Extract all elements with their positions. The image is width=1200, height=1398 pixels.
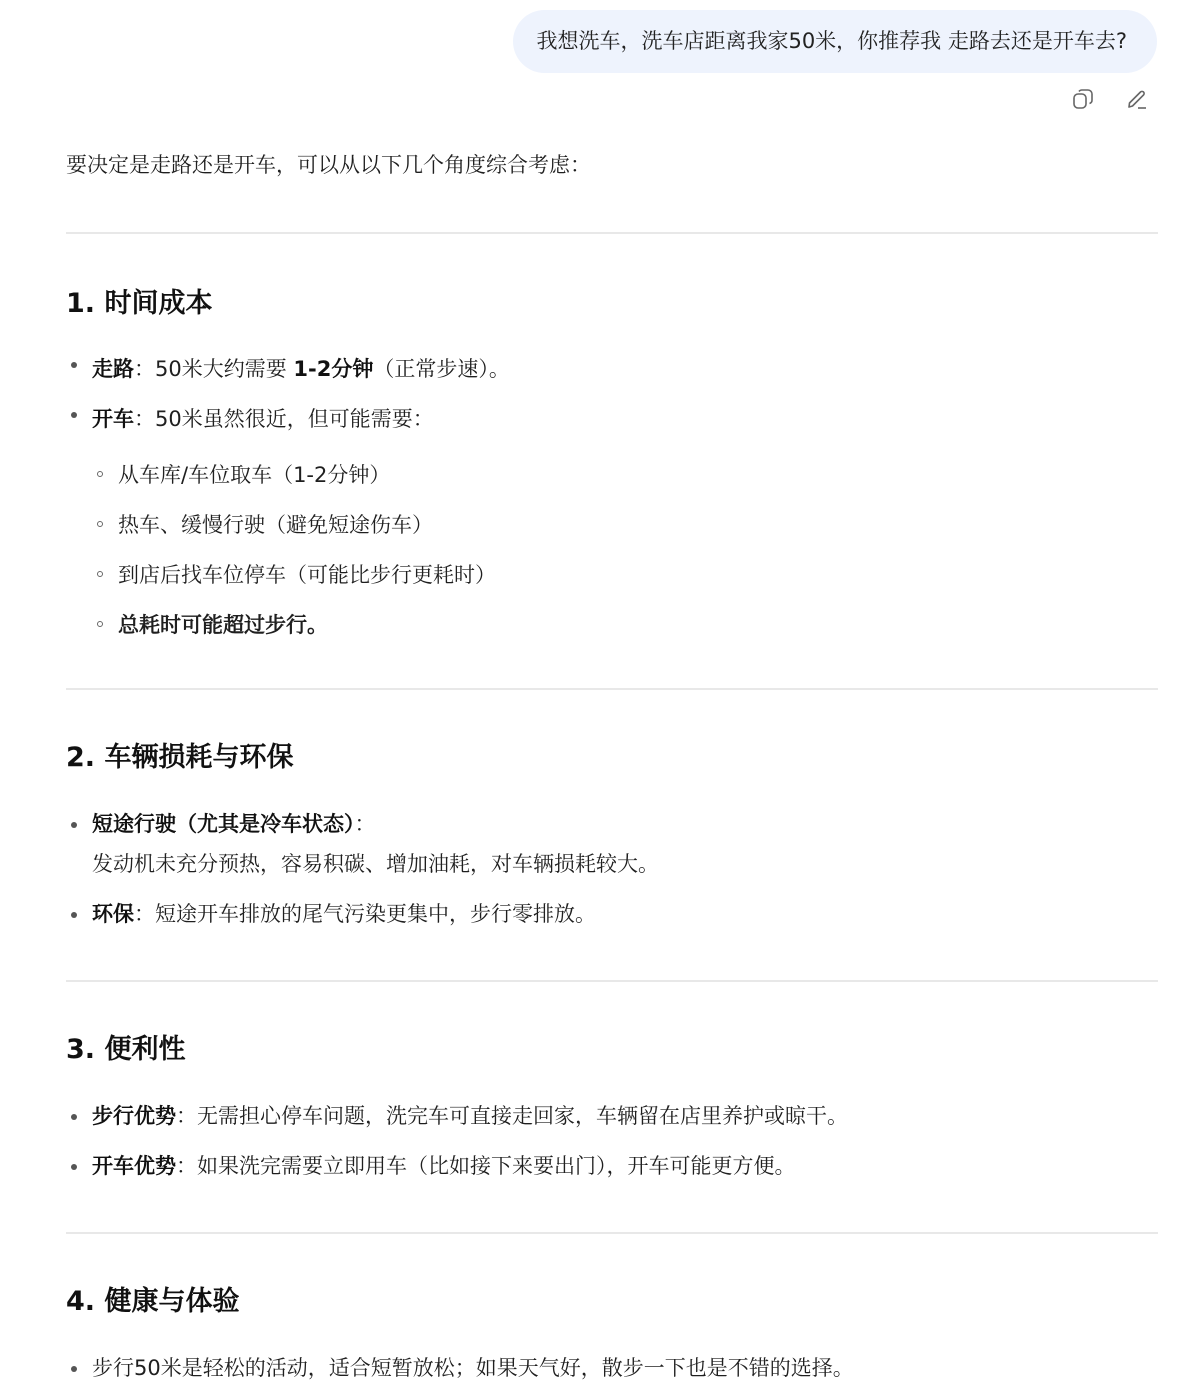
user-message: 我想洗车，洗车店距离我家50米，你推荐我 走路去还是开车去?	[513, 10, 1157, 73]
sub-list: 从车库/车位取车（1-2分钟） 热车、缓慢行驶（避免短途伤车） 到店后找车位停车…	[66, 450, 1158, 650]
sub-list-item: 热车、缓慢行驶（避免短途伤车）	[92, 500, 1158, 550]
section-title: 2. 车辆损耗与环保	[66, 738, 1158, 778]
bullet-list: 短途行驶（尤其是冷车状态）： 发动机未充分预热，容易积碳、增加油耗，对车辆损耗较…	[66, 804, 1158, 934]
bullet-list: 步行优势：无需担心停车问题，洗完车可直接走回家，车辆留在店里养护或晾干。 开车优…	[66, 1096, 1158, 1186]
bullet-list: 走路：50米大约需要 1-2分钟（正常步速）。 开车：50米虽然很近，但可能需要…	[66, 344, 1158, 650]
list-item: 短途行驶（尤其是冷车状态）： 发动机未充分预热，容易积碳、增加油耗，对车辆损耗较…	[66, 804, 1158, 884]
list-item: 开车：50米虽然很近，但可能需要： 从车库/车位取车（1-2分钟） 热车、缓慢行…	[66, 394, 1158, 650]
edit-pencil-icon	[1125, 87, 1149, 115]
list-item: 步行优势：无需担心停车问题，洗完车可直接走回家，车辆留在店里养护或晾干。	[66, 1096, 1158, 1136]
list-item: 走路：50米大约需要 1-2分钟（正常步速）。	[66, 344, 1158, 394]
message-actions	[1070, 88, 1150, 114]
section-vehicle-wear: 2. 车辆损耗与环保 短途行驶（尤其是冷车状态）： 发动机未充分预热，容易积碳、…	[66, 738, 1158, 934]
list-item: 环保：短途开车排放的尾气污染更集中，步行零排放。	[66, 894, 1158, 934]
copy-button[interactable]	[1070, 88, 1096, 114]
copy-icon	[1071, 87, 1095, 115]
list-item: 开车优势：如果洗完需要立即用车（比如接下来要出门），开车可能更方便。	[66, 1146, 1158, 1186]
section-time-cost: 1. 时间成本 走路：50米大约需要 1-2分钟（正常步速）。 开车：50米虽然…	[66, 284, 1158, 650]
divider	[66, 980, 1158, 982]
bullet-list: 步行50米是轻松的活动，适合短暂放松；如果天气好，散步一下也是不错的选择。	[66, 1348, 1158, 1388]
sub-list-item: 从车库/车位取车（1-2分钟）	[92, 450, 1158, 500]
divider	[66, 688, 1158, 690]
section-title: 3. 便利性	[66, 1030, 1158, 1070]
section-title: 4. 健康与体验	[66, 1282, 1158, 1322]
sub-list-item: 总耗时可能超过步行。	[92, 600, 1158, 650]
section-title: 1. 时间成本	[66, 284, 1158, 324]
divider	[66, 1232, 1158, 1234]
section-convenience: 3. 便利性 步行优势：无需担心停车问题，洗完车可直接走回家，车辆留在店里养护或…	[66, 1030, 1158, 1186]
sub-list-item: 到店后找车位停车（可能比步行更耗时）	[92, 550, 1158, 600]
user-message-bubble: 我想洗车，洗车店距离我家50米，你推荐我 走路去还是开车去?	[513, 10, 1157, 73]
assistant-answer: 要决定是走路还是开车，可以从以下几个角度综合考虑： 1. 时间成本 走路：50米…	[66, 148, 1158, 1388]
answer-intro: 要决定是走路还是开车，可以从以下几个角度综合考虑：	[66, 148, 1158, 182]
list-item: 步行50米是轻松的活动，适合短暂放松；如果天气好，散步一下也是不错的选择。	[66, 1348, 1158, 1388]
edit-button[interactable]	[1124, 88, 1150, 114]
divider	[66, 232, 1158, 234]
section-health: 4. 健康与体验 步行50米是轻松的活动，适合短暂放松；如果天气好，散步一下也是…	[66, 1282, 1158, 1388]
